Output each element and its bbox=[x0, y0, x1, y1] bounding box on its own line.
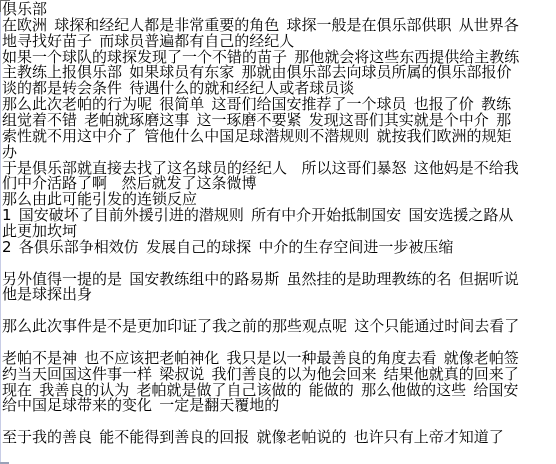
window-border-topleft-fragment bbox=[0, 0, 1, 12]
window-border-left bbox=[0, 0, 1, 464]
text-line: 1 国安破坏了目前外援引进的潜规则 所有中介开始抵制国安 国安选援之路从 bbox=[2, 208, 554, 224]
text-line: 索性就不用这中介了 管他什么中国足球潜规则不潜规则 就按我们欧洲的规矩 bbox=[2, 129, 554, 145]
text-line: 2 各俱乐部争相效仿 发展自己的球探 中介的生存空间进一步被压缩 bbox=[2, 240, 554, 256]
text-line: 给中国足球带来的变化 一定是翻天覆地的 bbox=[2, 398, 554, 414]
text-line: 那么此次事件是不是更加印证了我之前的那些观点呢 这个只能通过时间去看了 bbox=[2, 319, 554, 335]
text-line: 他是球探出身 bbox=[2, 287, 554, 303]
text-line: 至于我的善良 能不能得到善良的回报 就像老帕说的 也许只有上帝才知道了 bbox=[2, 430, 554, 446]
text-document: 俱乐部在欧洲 球探和经纪人都是非常重要的角色 球探一般是在俱乐部供职 从世界各地… bbox=[2, 2, 554, 446]
window-border-top-fragment bbox=[0, 0, 10, 1]
page: { "colors": { "background": "#ffffff", "… bbox=[0, 0, 556, 464]
